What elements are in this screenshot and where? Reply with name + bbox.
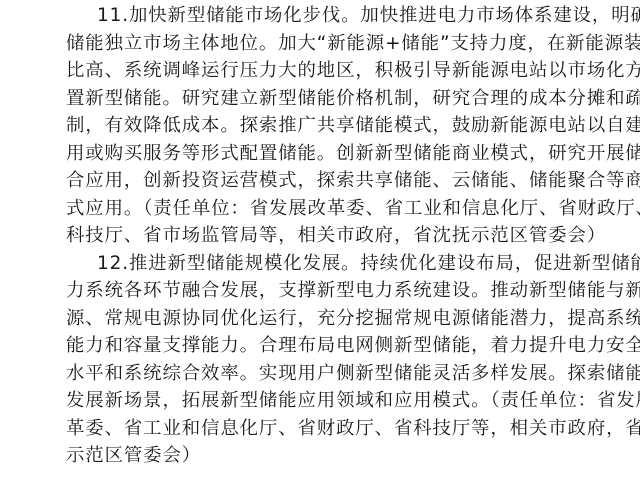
- paragraph-line: 革委、省工业和信息化厅、省财政厅、省科技厅等，相关市政府，省沈抚: [66, 415, 640, 442]
- paragraph-line: 源、常规电源协同优化运行，充分挖掘常规电源储能潜力，提高系统调节: [66, 305, 640, 332]
- paragraph-line: 发展新场景，拓展新型储能应用领域和应用模式。（责任单位：省发展改: [66, 387, 640, 414]
- paragraph-line: 比高、系统调峰运行压力大的地区，积极引导新能源电站以市场化方式配: [66, 57, 640, 84]
- paragraph-line: 能力和容量支撑能力。合理布局电网侧新型储能，着力提升电力安全保障: [66, 332, 640, 359]
- paragraph-line: 合应用，创新投资运营模式，探索共享储能、云储能、储能聚合等商业模: [66, 167, 640, 194]
- document-page: 11.加快新型储能市场化步伐。加快推进电力市场体系建设，明确新型 储能独立市场主…: [0, 0, 640, 482]
- paragraph-line: 力系统各环节融合发展，支撑新型电力系统建设。推动新型储能与新能: [66, 277, 640, 304]
- paragraph-line: 用或购买服务等形式配置储能。创新新型储能商业模式，研究开展储能聚: [66, 140, 640, 167]
- paragraph-line: 水平和系统综合效率。实现用户侧新型储能灵活多样发展。探索储能融合: [66, 360, 640, 387]
- paragraph-line: 式应用。（责任单位：省发展改革委、省工业和信息化厅、省财政厅、省: [66, 195, 640, 222]
- paragraph-line: 制，有效降低成本。探索推广共享储能模式，鼓励新能源电站以自建、租: [66, 112, 640, 139]
- paragraph-line: 置新型储能。研究建立新型储能价格机制，研究合理的成本分摊和疏导机: [66, 85, 640, 112]
- paragraph-line: 11.加快新型储能市场化步伐。加快推进电力市场体系建设，明确新型: [97, 2, 640, 29]
- paragraph-line: 12.推进新型储能规模化发展。持续优化建设布局，促进新型储能与电: [97, 250, 640, 277]
- paragraph-line: 储能独立市场主体地位。加大“新能源+储能”支持力度，在新能源装机占: [66, 30, 640, 57]
- paragraph-line: 示范区管委会）: [66, 442, 201, 469]
- paragraph-line: 科技厅、省市场监管局等，相关市政府，省沈抚示范区管委会）: [66, 222, 606, 249]
